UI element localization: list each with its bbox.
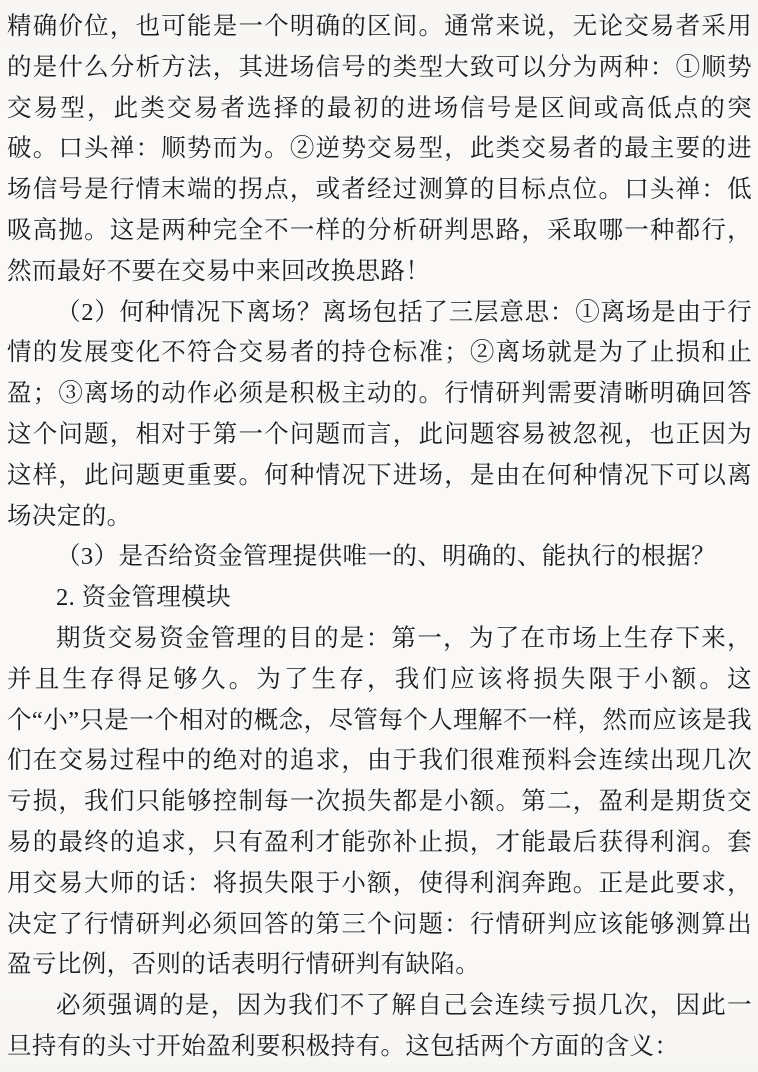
paragraph-item-3-money-management-basis: （3）是否给资金管理提供唯一的、明确的、能执行的根据？ (7, 537, 752, 578)
paragraph-money-management-purpose: 期货交易资金管理的目的是：第一，为了在市场上生存下来，并且生存得足够久。为了生存… (7, 619, 752, 986)
paragraph-item-2-exit-conditions: （2）何种情况下离场？离场包括了三层意思：①离场是由于行情的发展变化不符合交易者… (7, 293, 752, 538)
paragraph-continuation-entry-signals: 精确价位，也可能是一个明确的区间。通常来说，无论交易者采用的是什么分析方法，其进… (7, 7, 752, 293)
section-heading-money-management-module: 2. 资金管理模块 (7, 578, 752, 619)
paragraph-must-emphasize: 必须强调的是，因为我们不了解自己会连续亏损几次，因此一旦持有的头寸开始盈利要积极… (7, 986, 752, 1068)
document-page: 精确价位，也可能是一个明确的区间。通常来说，无论交易者采用的是什么分析方法，其进… (0, 0, 758, 1072)
